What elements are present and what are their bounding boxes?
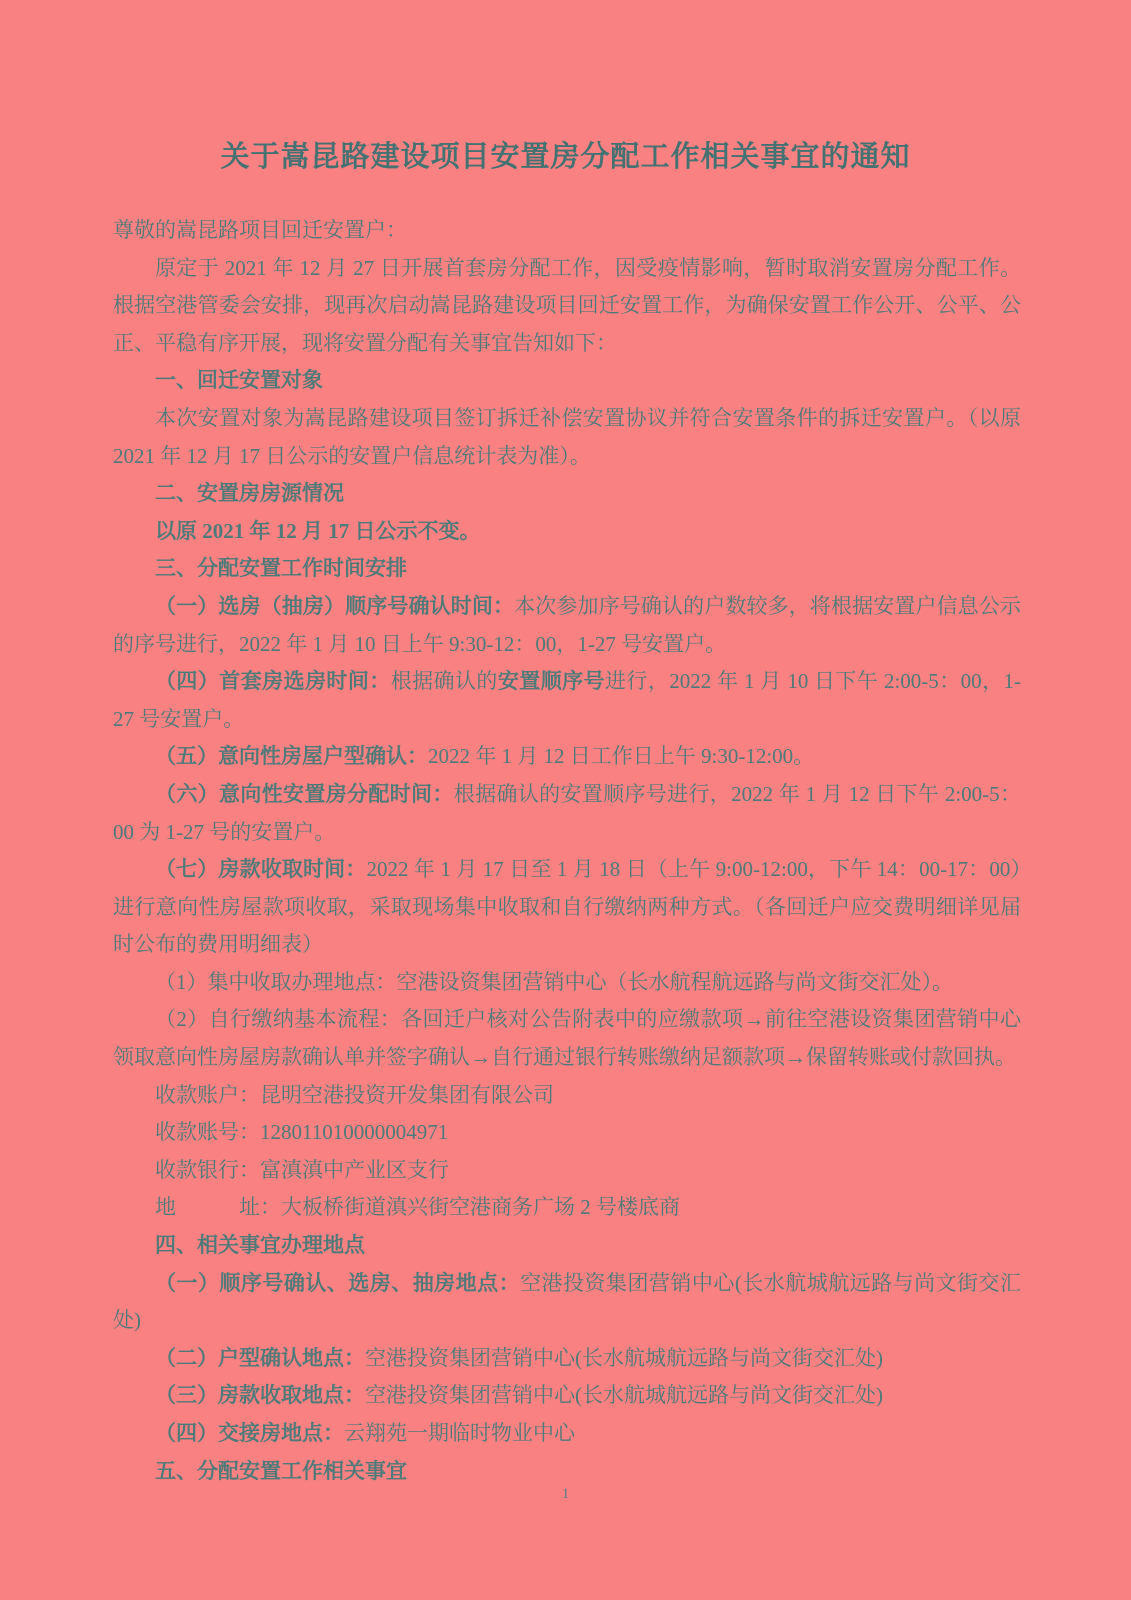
paragraph-segment: （2）自行缴纳基本流程：各回迁户核对公告附表中的应缴款项→前往空港设资集团营销中… [113,1007,1021,1069]
paragraph-segment: 空港投资集团营销中心(长水航城航远路与尚文街交汇处) [365,1383,883,1407]
document-page: 关于嵩昆路建设项目安置房分配工作相关事宜的通知 尊敬的嵩昆路项目回迁安置户：原定… [0,0,1131,1600]
paragraph: 原定于 2021 年 12 月 27 日开展首套房分配工作，因受疫情影响，暂时取… [113,250,1021,363]
paragraph: 二、安置房房源情况 [113,475,1021,513]
paragraph: 五、分配安置工作相关事宜 [113,1453,1021,1491]
document-title: 关于嵩昆路建设项目安置房分配工作相关事宜的通知 [0,134,1131,175]
paragraph-segment: 地 址：大板桥街道滇兴街空港商务广场 2 号楼底商 [155,1195,680,1219]
paragraph-segment-bold: （四）交接房地点： [155,1421,344,1445]
paragraph-segment: 2022 年 1 月 12 日工作日上午 9:30-12:00。 [428,744,814,768]
paragraph-segment-bold: （一）选房（抽房）顺序号确认时间： [155,594,514,618]
paragraph: （五）意向性房屋户型确认：2022 年 1 月 12 日工作日上午 9:30-1… [113,738,1021,776]
paragraph-segment-bold: 以原 2021 年 12 月 17 日公示不变。 [155,519,481,543]
paragraph: （一）顺序号确认、选房、抽房地点：空港投资集团营销中心(长水航城航远路与尚文街交… [113,1265,1021,1340]
paragraph-segment: 收款账号：128011010000004971 [155,1120,448,1144]
paragraph: 收款银行：富滇滇中产业区支行 [113,1152,1021,1190]
paragraph-segment-bold: 五、分配安置工作相关事宜 [155,1459,407,1483]
paragraph-segment-bold: 三、分配安置工作时间安排 [155,556,407,580]
paragraph: 以原 2021 年 12 月 17 日公示不变。 [113,513,1021,551]
paragraph-segment: 本次安置对象为嵩昆路建设项目签订拆迁补偿安置协议并符合安置条件的拆迁安置户。（以… [113,406,1021,468]
paragraph: 三、分配安置工作时间安排 [113,550,1021,588]
paragraph: （六）意向性安置房分配时间：根据确认的安置顺序号进行，2022 年 1 月 12… [113,776,1021,851]
paragraph-segment-bold: （三）房款收取地点： [155,1383,365,1407]
paragraph-segment-bold: （六）意向性安置房分配时间： [155,782,454,806]
paragraph-segment-bold: （四）首套房选房时间： [155,669,391,693]
paragraph: （四）首套房选房时间：根据确认的安置顺序号进行，2022 年 1 月 10 日下… [113,663,1021,738]
paragraph-segment-bold: 四、相关事宜办理地点 [155,1233,365,1257]
paragraph-segment: （1）集中收取办理地点：空港设资集团营销中心（长水航程航远路与尚文街交汇处）。 [155,970,953,994]
page-number: 1 [0,1486,1131,1503]
paragraph: （三）房款收取地点：空港投资集团营销中心(长水航城航远路与尚文街交汇处) [113,1377,1021,1415]
paragraph-segment-bold: 二、安置房房源情况 [155,481,344,505]
paragraph-segment-bold: （二）户型确认地点： [155,1346,365,1370]
paragraph-segment: 根据确认的 [391,669,498,693]
paragraph: 收款账户：昆明空港投资开发集团有限公司 [113,1077,1021,1115]
paragraph-segment: 收款银行：富滇滇中产业区支行 [155,1158,449,1182]
paragraph: （四）交接房地点：云翔苑一期临时物业中心 [113,1415,1021,1453]
paragraph: 尊敬的嵩昆路项目回迁安置户： [113,212,1021,250]
paragraph: 地 址：大板桥街道滇兴街空港商务广场 2 号楼底商 [113,1189,1021,1227]
paragraph-segment-bold: （七）房款收取时间： [155,857,366,881]
paragraph-segment-bold: （五）意向性房屋户型确认： [155,744,428,768]
paragraph-segment-bold: 一、回迁安置对象 [155,368,323,392]
paragraph: （七）房款收取时间：2022 年 1 月 17 日至 1 月 18 日（上午 9… [113,851,1021,964]
paragraph: （1）集中收取办理地点：空港设资集团营销中心（长水航程航远路与尚文街交汇处）。 [113,964,1021,1002]
paragraph-segment: 空港投资集团营销中心(长水航城航远路与尚文街交汇处) [365,1346,883,1370]
paragraph: 收款账号：128011010000004971 [113,1114,1021,1152]
paragraph: （2）自行缴纳基本流程：各回迁户核对公告附表中的应缴款项→前往空港设资集团营销中… [113,1001,1021,1076]
paragraph-segment: 尊敬的嵩昆路项目回迁安置户： [113,218,407,242]
paragraph: （一）选房（抽房）顺序号确认时间：本次参加序号确认的户数较多，将根据安置户信息公… [113,588,1021,663]
document-body: 尊敬的嵩昆路项目回迁安置户：原定于 2021 年 12 月 27 日开展首套房分… [113,212,1021,1490]
paragraph: （二）户型确认地点：空港投资集团营销中心(长水航城航远路与尚文街交汇处) [113,1340,1021,1378]
paragraph-segment: 云翔苑一期临时物业中心 [344,1421,575,1445]
paragraph: 一、回迁安置对象 [113,362,1021,400]
paragraph-segment: 原定于 2021 年 12 月 27 日开展首套房分配工作，因受疫情影响，暂时取… [113,256,1021,355]
paragraph-segment-bold: 安置顺序号 [498,669,605,693]
paragraph-segment: 收款账户：昆明空港投资开发集团有限公司 [155,1083,554,1107]
paragraph: 本次安置对象为嵩昆路建设项目签订拆迁补偿安置协议并符合安置条件的拆迁安置户。（以… [113,400,1021,475]
paragraph-segment-bold: （一）顺序号确认、选房、抽房地点： [155,1271,520,1295]
paragraph: 四、相关事宜办理地点 [113,1227,1021,1265]
